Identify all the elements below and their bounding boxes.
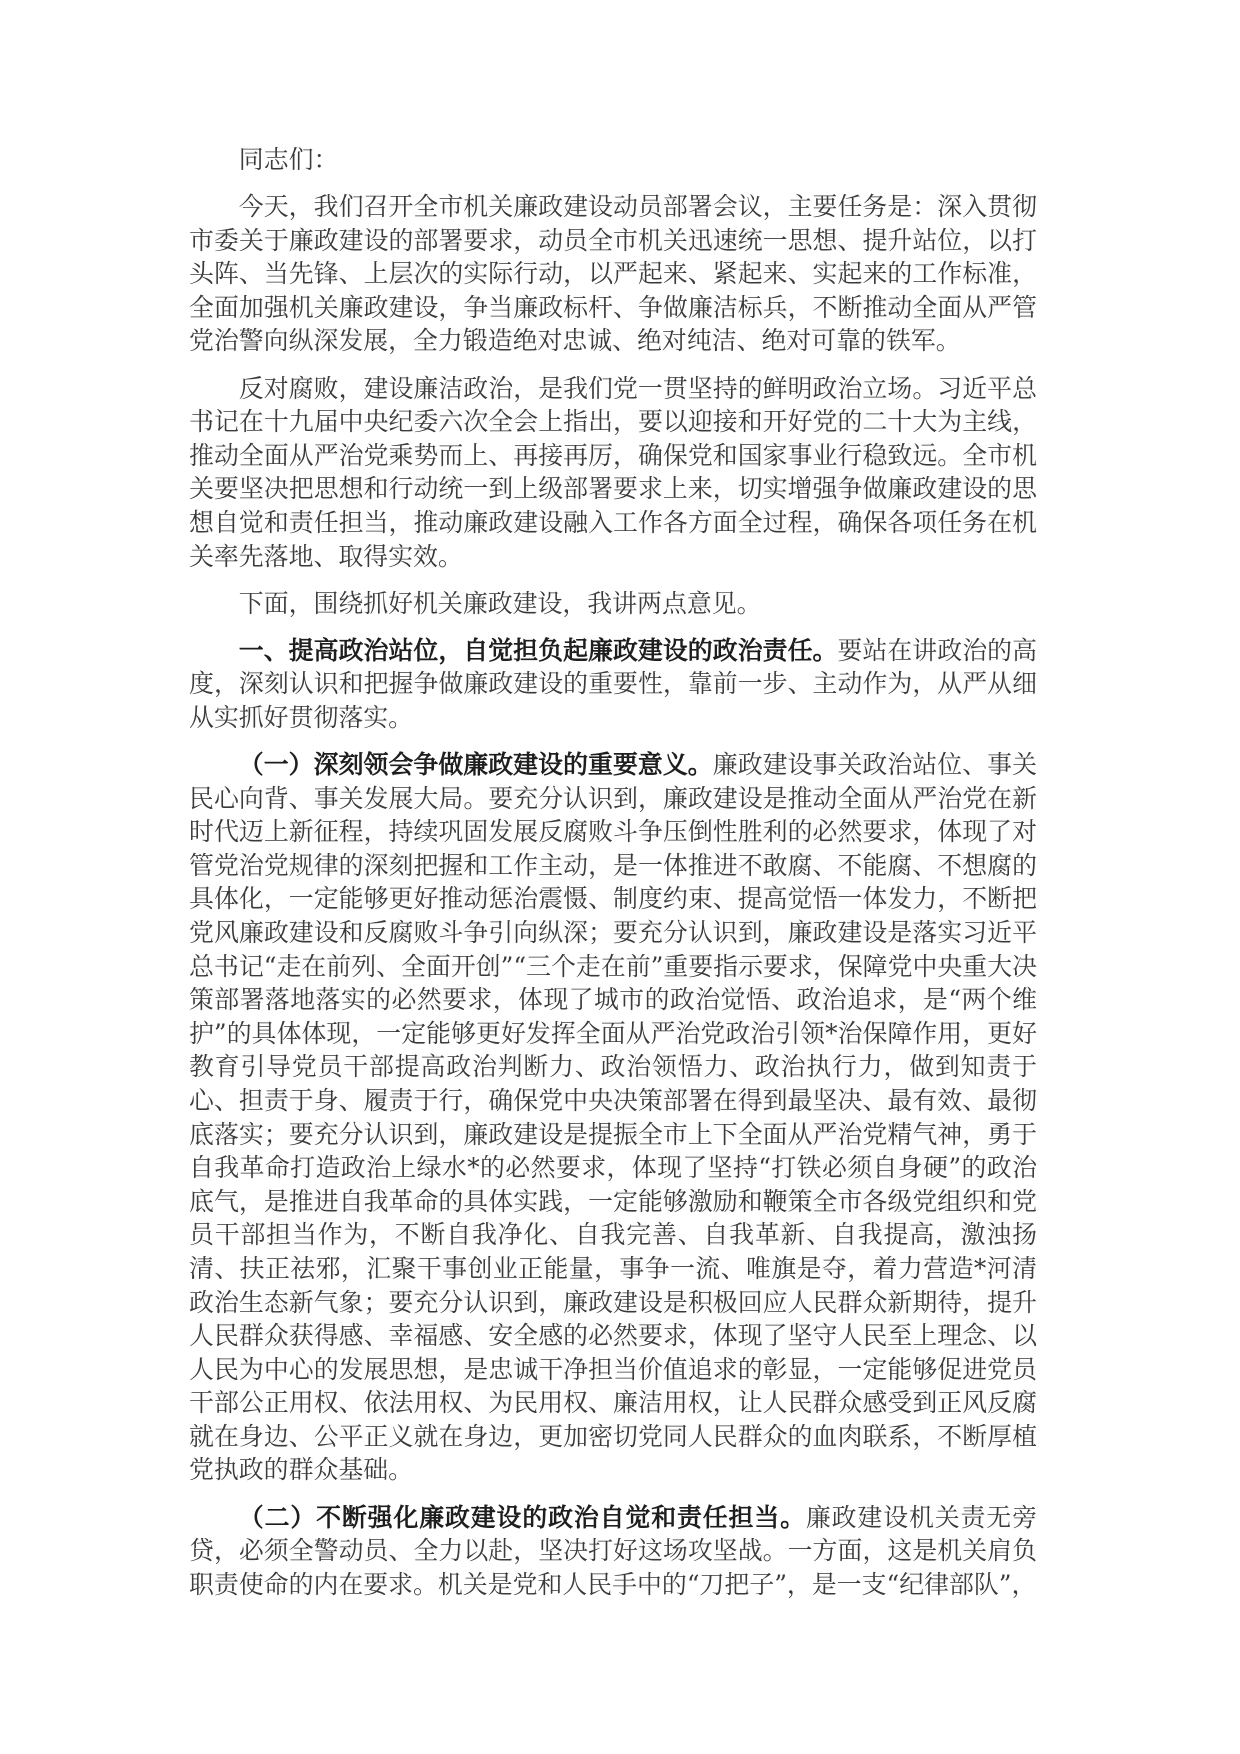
subsection-title: （二）不断强化廉政建设的政治自觉和责任担当。 (239, 1503, 806, 1532)
subsection-1-1: （一）深刻领会争做廉政建设的重要意义。廉政建设事关政治站位、事关民心向背、事关发… (189, 748, 1037, 1487)
subsection-title: （一）深刻领会争做廉政建设的重要意义。 (239, 750, 713, 779)
subsection-1-2: （二）不断强化廉政建设的政治自觉和责任担当。廉政建设机关责无旁贷，必须全警动员、… (189, 1501, 1037, 1602)
paragraph-text: 今天，我们召开全市机关廉政建设动员部署会议，主要任务是：深入贯彻市委关于廉政建设… (189, 192, 1037, 355)
section-heading-1: 一、提高政治站位，自觉担负起廉政建设的政治责任。要站在讲政治的高度，深刻认识和把… (189, 634, 1037, 735)
document-page: 同志们： 今天，我们召开全市机关廉政建设动员部署会议，主要任务是：深入贯彻市委关… (189, 143, 1037, 1615)
paragraph-opening: 今天，我们召开全市机关廉政建设动员部署会议，主要任务是：深入贯彻市委关于廉政建设… (189, 190, 1037, 358)
paragraph-text: 下面，围绕抓好机关廉政建设，我讲两点意见。 (239, 589, 762, 618)
paragraph-anti-corruption-stance: 反对腐败，建设廉洁政治，是我们党一贯坚持的鲜明政治立场。习近平总书记在十九届中央… (189, 372, 1037, 574)
salutation: 同志们： (189, 143, 1037, 177)
section-title: 一、提高政治站位，自觉担负起廉政建设的政治责任。 (239, 636, 838, 665)
paragraph-text: 反对腐败，建设廉洁政治，是我们党一贯坚持的鲜明政治立场。习近平总书记在十九届中央… (189, 374, 1037, 571)
paragraph-outline-intro: 下面，围绕抓好机关廉政建设，我讲两点意见。 (189, 587, 1037, 621)
paragraph-text: 廉政建设事关政治站位、事关民心向背、事关发展大局。要充分认识到，廉政建设是推动全… (189, 750, 1037, 1484)
